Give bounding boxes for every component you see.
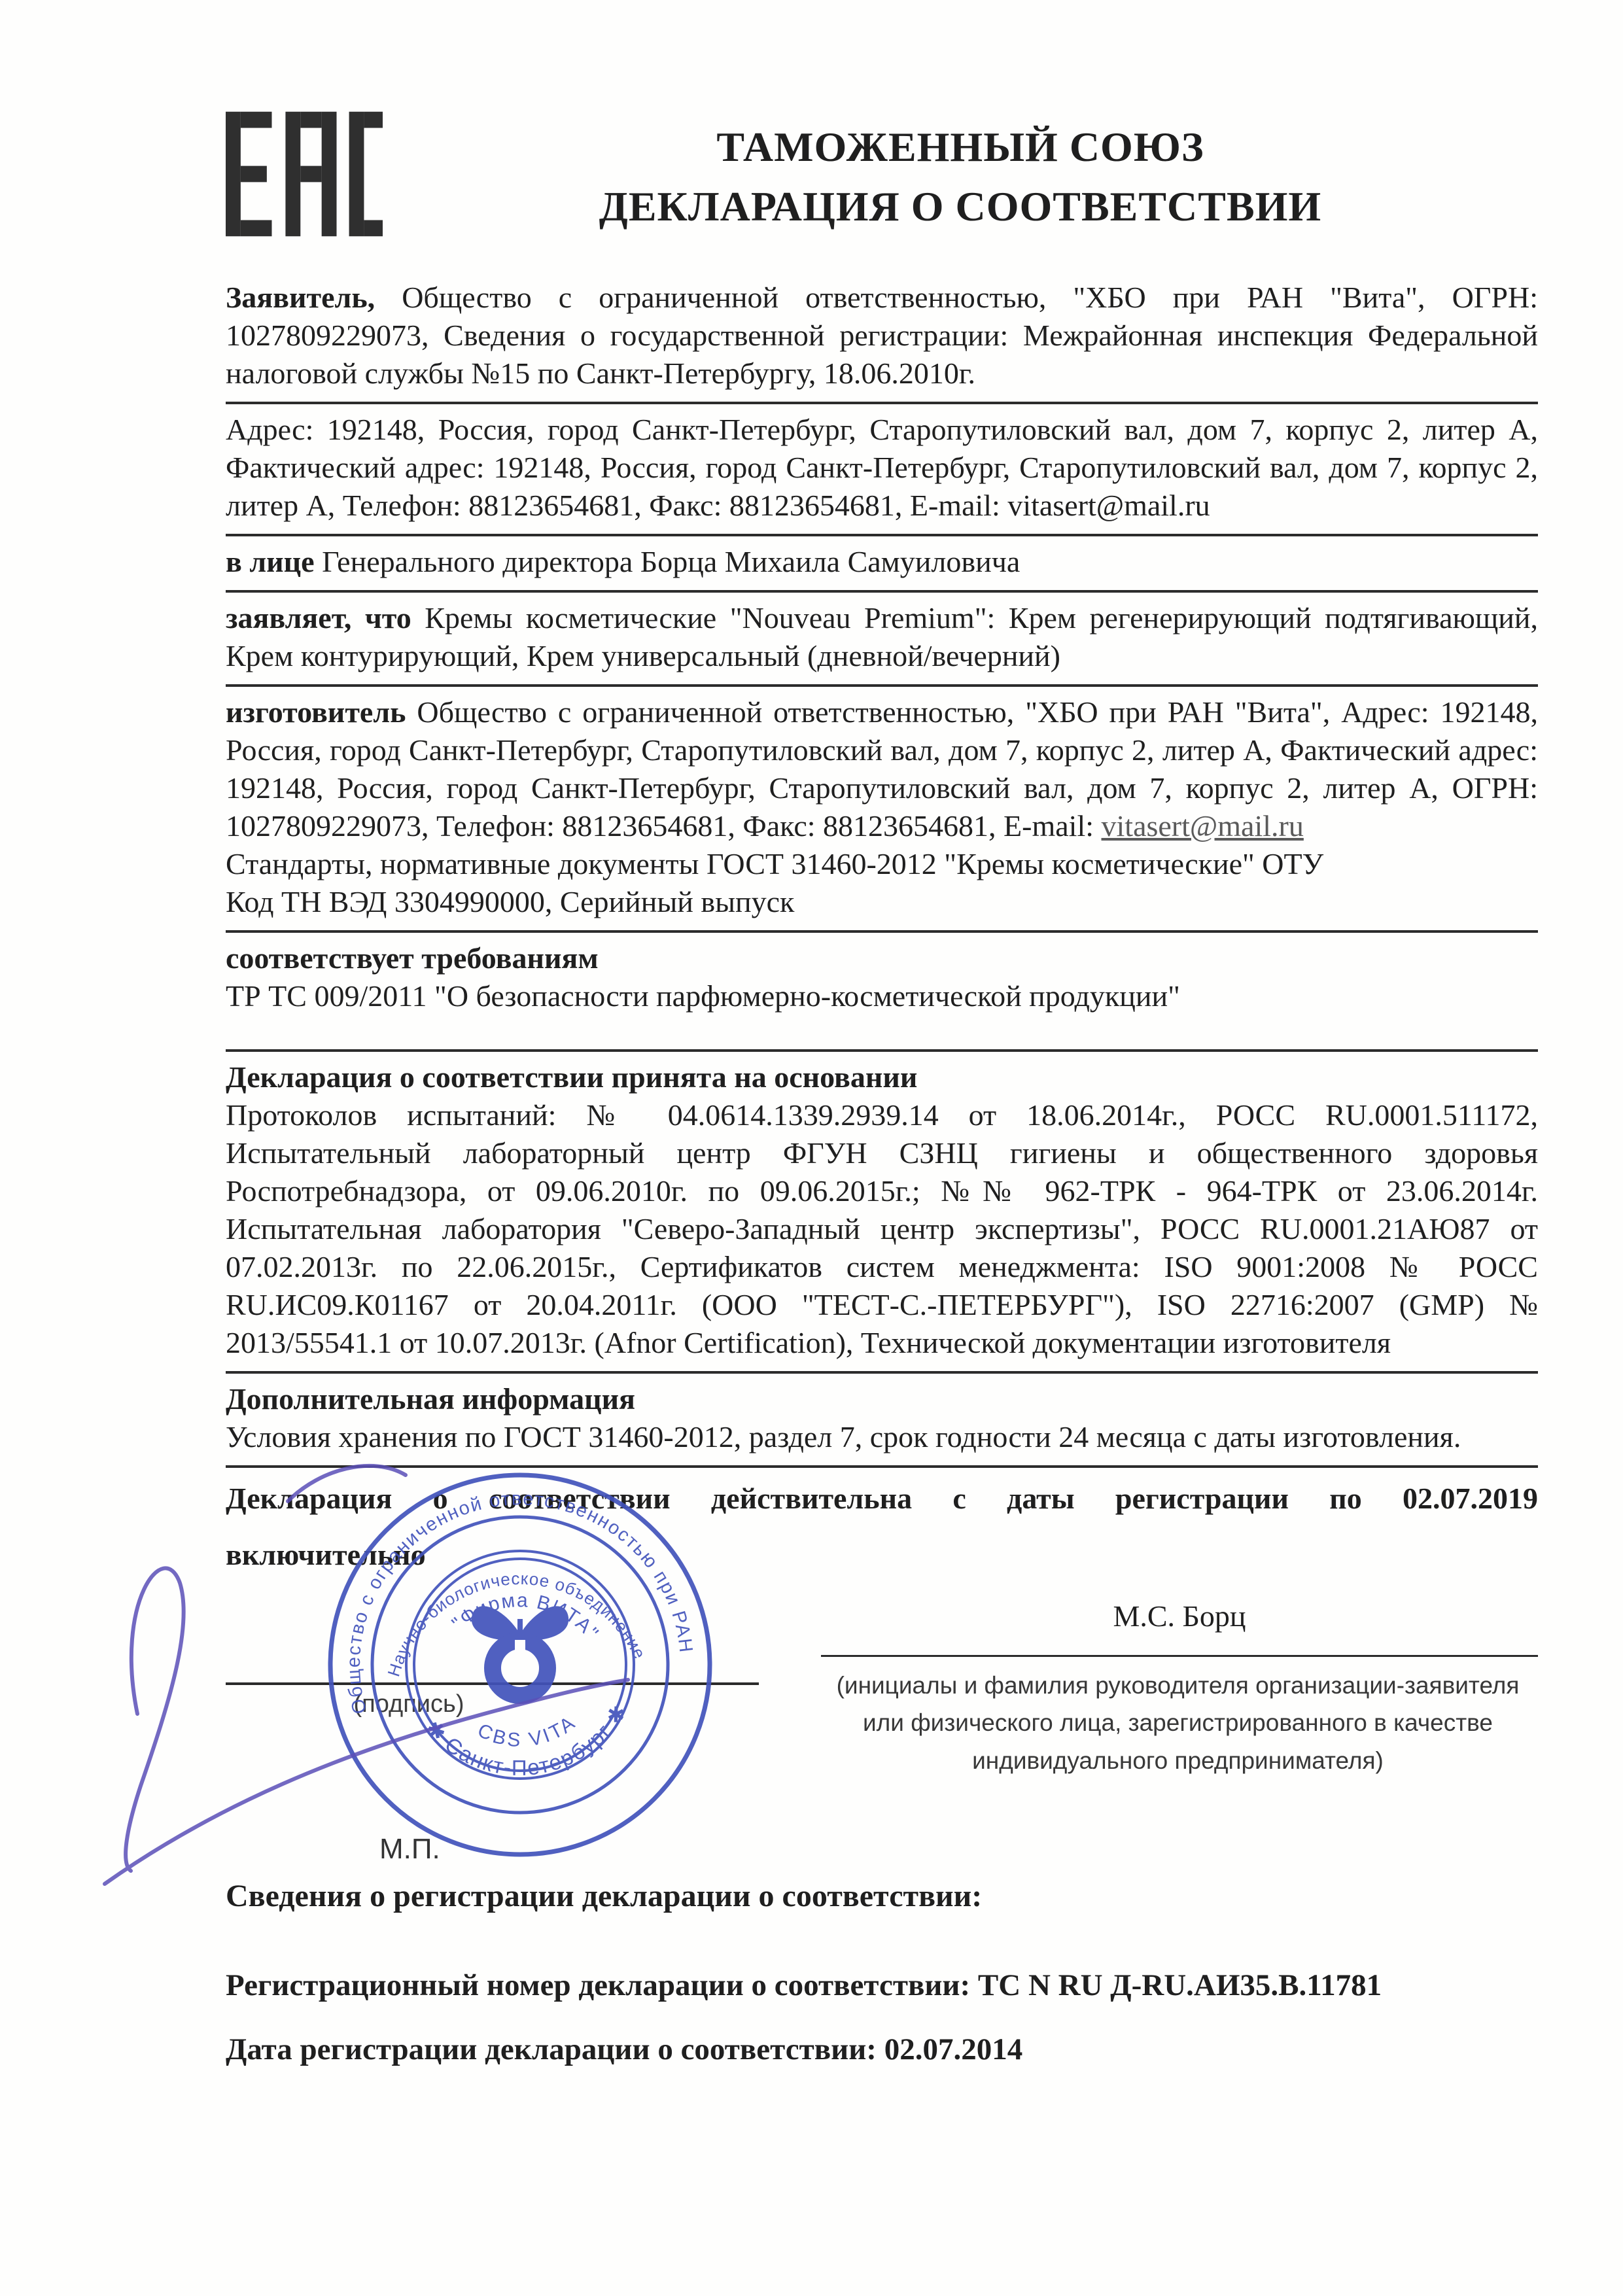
applicant-label: Заявитель, [226,281,375,314]
registration-number-label: Регистрационный номер декларации о соотв… [226,1968,970,2002]
manufacturer-text: Общество с ограниченной ответственностью… [226,695,1538,843]
head-name: М.С. Борц [821,1599,1538,1633]
tnved-paragraph: Код ТН ВЭД 3304990000, Серийный выпуск [226,883,1538,921]
person-paragraph: в лице Генерального директора Борца Миха… [226,543,1538,581]
standards-paragraph: Стандарты, нормативные документы ГОСТ 31… [226,845,1538,883]
address-paragraph: Адрес: 192148, Россия, город Санкт-Петер… [226,411,1538,525]
handwritten-signature [65,1439,654,1962]
title-line-2: ДЕКЛАРАЦИЯ О СООТВЕТСТВИИ [383,177,1538,237]
eac-mark-icon [226,110,383,238]
applicant-text: Общество с ограниченной ответственностью… [226,281,1538,390]
registration-number-value: ТС N RU Д-RU.АИ35.В.11781 [978,1968,1382,2002]
registration-date-label: Дата регистрации декларации о соответств… [226,2032,877,2066]
declares-section: заявляет, что Кремы косметические "Nouve… [226,593,1538,687]
registration-number-line: Регистрационный номер декларации о соотв… [226,1966,1538,2004]
basis-section: Декларация о соответствии принята на осн… [226,1052,1538,1374]
manufacturer-paragraph: изготовитель Общество с ограниченной отв… [226,693,1538,845]
page-title: ТАМОЖЕННЫЙ СОЮЗ ДЕКЛАРАЦИЯ О СООТВЕТСТВИ… [383,98,1538,237]
registration-date-line: Дата регистрации декларации о соответств… [226,2030,1538,2068]
person-label: в лице [226,545,315,578]
address-section: Адрес: 192148, Россия, город Санкт-Петер… [226,404,1538,536]
additional-heading: Дополнительная информация [226,1380,1538,1418]
manufacturer-label: изготовитель [226,695,406,729]
title-line-1: ТАМОЖЕННЫЙ СОЮЗ [383,118,1538,177]
conforms-section: соответствует требованиям ТР ТС 009/2011… [226,933,1538,1052]
person-text: Генерального директора Борца Михаила Сам… [322,545,1020,578]
person-section: в лице Генерального директора Борца Миха… [226,536,1538,593]
head-name-line [821,1655,1538,1657]
head-name-caption: (инициалы и фамилия руководителя организ… [818,1667,1538,1779]
registration-date-value: 02.07.2014 [884,2032,1023,2066]
declaration-document: ТАМОЖЕННЫЙ СОЮЗ ДЕКЛАРАЦИЯ О СООТВЕТСТВИ… [0,0,1623,2296]
basis-heading: Декларация о соответствии принята на осн… [226,1058,1538,1096]
declares-text: Кремы косметические "Nouveau Premium": К… [226,601,1538,672]
applicant-section: Заявитель, Общество с ограниченной ответ… [226,272,1538,404]
manufacturer-email-link[interactable]: vitasert@mail.ru [1102,809,1304,843]
conforms-heading: соответствует требованиям [226,939,1538,977]
declares-paragraph: заявляет, что Кремы косметические "Nouve… [226,599,1538,675]
declares-label: заявляет, что [226,601,411,635]
basis-text: Протоколов испытаний: № 04.0614.1339.293… [226,1096,1538,1362]
conforms-text: ТР ТС 009/2011 "О безопасности парфюмерн… [226,977,1538,1015]
manufacturer-section: изготовитель Общество с ограниченной отв… [226,687,1538,933]
document-header: ТАМОЖЕННЫЙ СОЮЗ ДЕКЛАРАЦИЯ О СООТВЕТСТВИ… [226,98,1538,238]
applicant-paragraph: Заявитель, Общество с ограниченной ответ… [226,279,1538,392]
